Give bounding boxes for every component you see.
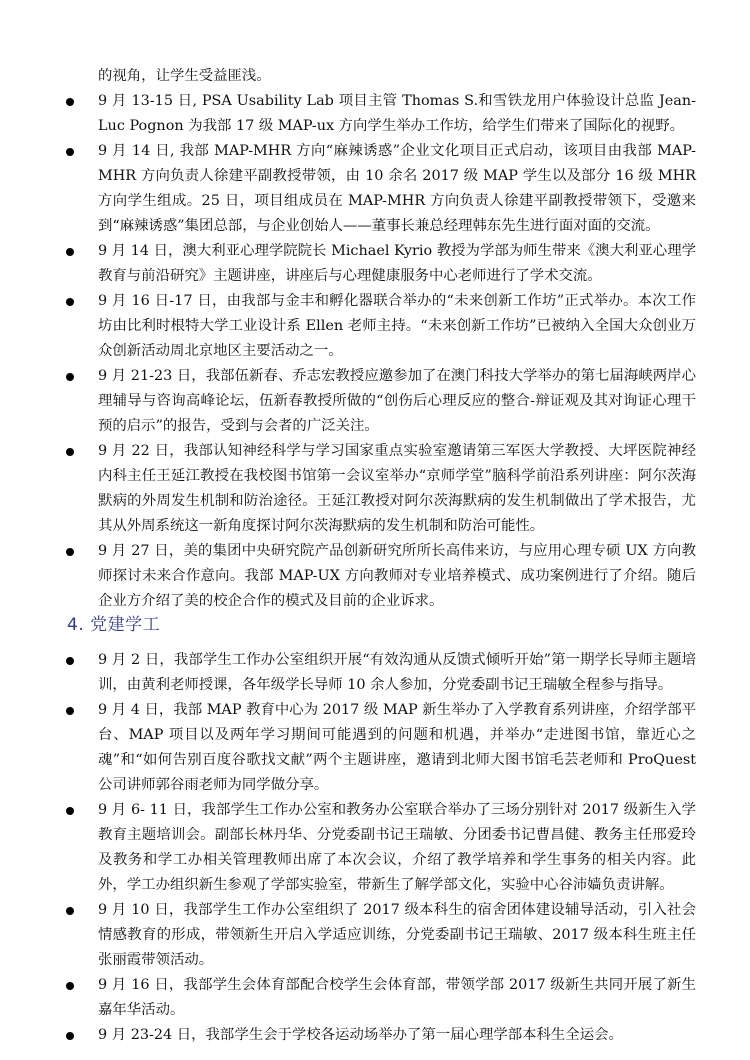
list-item: 9 月 14 日, 我部 MAP-MHR 方向“麻辣诱惑”企业文化项目正式启动，… — [98, 139, 696, 239]
list-item: 9 月 22 日，我部认知神经科学与学习国家重点实验室邀请第三军医大学教授、大坪… — [98, 439, 696, 539]
list-item: 9 月 6- 11 日，我部学生工作办公室和教务办公室联合举办了三场分别针对 2… — [98, 798, 696, 898]
bullet-icon — [66, 907, 74, 915]
list-item: 9 月 27 日，美的集团中央研究院产品创新研究所所长高伟来访，与应用心理专硕 … — [98, 539, 696, 614]
list-item: 9 月 4 日，我部 MAP 教育中心为 2017 级 MAP 新生举办了入学教… — [98, 698, 696, 798]
list-item: 9 月 21-23 日，我部伍新春、乔志宏教授应邀参加了在澳门科技大学举办的第七… — [98, 364, 696, 439]
section-heading: 4. 党建学工 — [67, 610, 160, 635]
bullet-icon — [66, 448, 74, 456]
continuation-text: 的视角，让学生受益匪浅。 — [98, 64, 696, 89]
bullet-icon — [66, 707, 74, 715]
section-3-list: 的视角，让学生受益匪浅。 — [98, 64, 696, 89]
bullet-icon — [66, 1032, 74, 1040]
list-item: 9 月 13-15 日, PSA Usability Lab 项目主管 Thom… — [98, 89, 696, 139]
bullet-icon — [66, 98, 74, 106]
section-4-items: 9 月 2 日，我部学生工作办公室组织开展“有效沟通从反馈式倾听开始”第一期学长… — [98, 648, 696, 1048]
bullet-icon — [66, 298, 74, 306]
bullet-icon — [66, 982, 74, 990]
bullet-icon — [66, 657, 74, 665]
list-item: 9 月 23-24 日，我部学生会于学校各运动场举办了第一届心理学部本科生全运会… — [98, 1023, 696, 1048]
list-item: 9 月 16 日-17 日，由我部与金丰和孵化器联合举办的“未来创新工作坊”正式… — [98, 289, 696, 364]
bullet-icon — [66, 373, 74, 381]
list-item: 9 月 14 日，澳大利亚心理学院院长 Michael Kyrio 教授为学部为… — [98, 239, 696, 289]
bullet-icon — [66, 548, 74, 556]
document-page: 的视角，让学生受益匪浅。 9 月 13-15 日, PSA Usability … — [0, 0, 750, 1060]
list-item: 9 月 16 日，我部学生会体育部配合校学生会体育部，带领学部 2017 级新生… — [98, 973, 696, 1023]
bullet-icon — [66, 248, 74, 256]
list-item: 9 月 10 日，我部学生工作办公室组织了 2017 级本科生的宿舍团体建设辅导… — [98, 898, 696, 973]
section-3-items: 9 月 13-15 日, PSA Usability Lab 项目主管 Thom… — [98, 89, 696, 614]
bullet-icon — [66, 148, 74, 156]
bullet-icon — [66, 807, 74, 815]
list-item: 9 月 2 日，我部学生工作办公室组织开展“有效沟通从反馈式倾听开始”第一期学长… — [98, 648, 696, 698]
